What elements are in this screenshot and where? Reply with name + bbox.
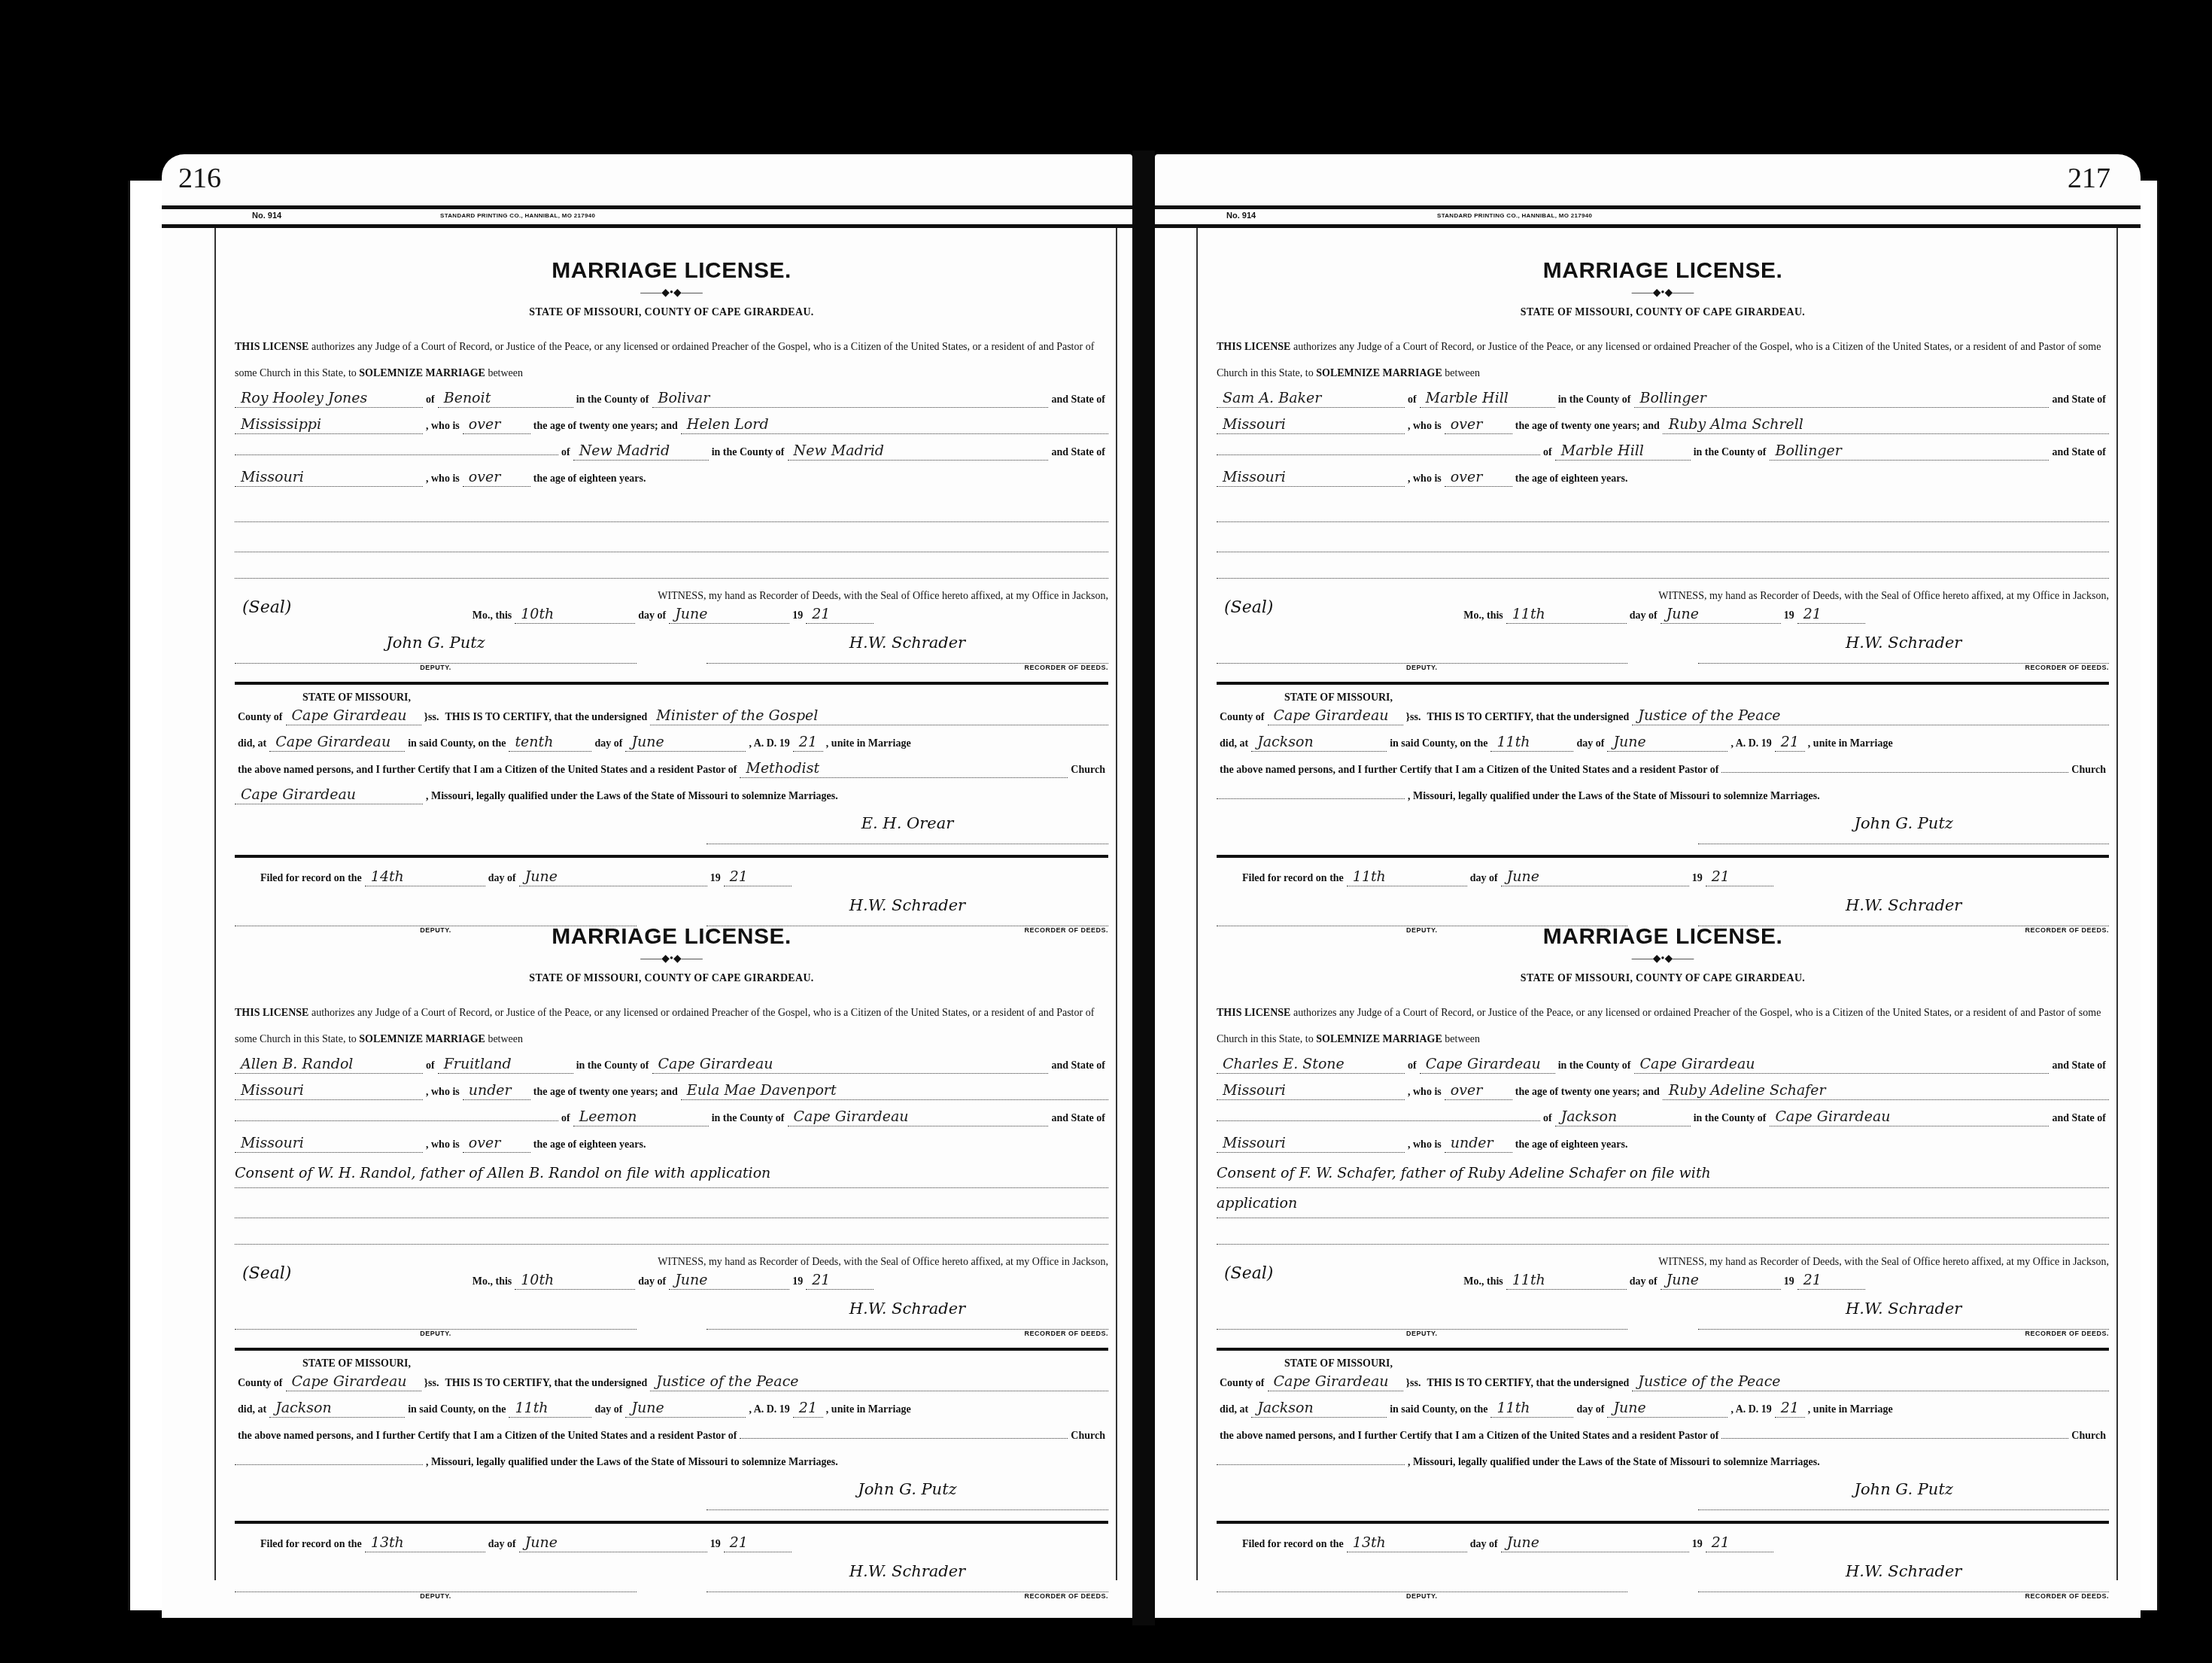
witness-date: Mo., this 11th day of June 19 21 <box>1217 603 2109 629</box>
signature-row: DEPUTY. H.W. Schrader RECORDER OF DEEDS. <box>235 1300 1108 1337</box>
form-header: No. 914 STANDARD PRINTING CO., HANNIBAL,… <box>162 205 1132 228</box>
witness-date: Mo., this 10th day of June 19 21 <box>235 1269 1108 1295</box>
groom-age: over <box>1445 1081 1512 1100</box>
blank <box>1217 455 1540 455</box>
ornament-divider: ——◆•◆—— <box>1217 287 2109 299</box>
certificate-line-2: did, at Jackson in said County, on the 1… <box>1217 1397 2109 1423</box>
consent-note: Consent of W. H. Randol, father of Allen… <box>235 1158 1108 1188</box>
recorder-signature: H.W. Schrader <box>1698 1300 2109 1330</box>
label: THIS IS TO CERTIFY, that the undersigned <box>1424 704 1632 731</box>
groom-state-line: Mississippi , who is over the age of twe… <box>235 413 1108 439</box>
church-name: Methodist <box>740 759 1068 778</box>
label: of <box>423 1053 438 1079</box>
groom-name: Charles E. Stone <box>1217 1055 1405 1074</box>
right-page: 217 No. 914 STANDARD PRINTING CO., HANNI… <box>1155 154 2141 1618</box>
certificate-line-1: County of Cape Girardeau }ss. THIS IS TO… <box>1217 704 2109 731</box>
license-title: MARRIAGE LICENSE. <box>235 924 1108 950</box>
bride-name: Eula Mae Davenport <box>681 1081 1108 1100</box>
form-number: No. 914 <box>252 211 281 220</box>
groom-name: Sam A. Baker <box>1217 389 1405 408</box>
ornament-divider: ——◆•◆—— <box>1217 953 2109 965</box>
preamble-bold: SOLEMNIZE MARRIAGE <box>1316 368 1442 379</box>
label: Church <box>1068 757 1108 783</box>
officiant-row: John G. Putz <box>235 1480 1108 1510</box>
witness-day: 11th <box>1506 1271 1627 1290</box>
recorder-label: RECORDER OF DEEDS. <box>1698 1330 2109 1337</box>
label: the age of eighteen years. <box>1512 466 1631 492</box>
preamble-end: between <box>1445 1034 1480 1045</box>
witness-year: 21 <box>1797 605 1865 624</box>
officiant-title: Justice of the Peace <box>650 1373 1108 1391</box>
groom-town: Cape Girardeau <box>1420 1055 1555 1074</box>
label: in said County, on the <box>405 1397 509 1423</box>
label: in said County, on the <box>405 731 509 757</box>
section-rule <box>1217 682 2109 685</box>
label: THIS IS TO CERTIFY, that the undersigned <box>442 704 650 731</box>
page-number: 217 <box>2068 162 2110 195</box>
label: the above named persons, and I further C… <box>1217 1423 1721 1449</box>
label: , unite in Marriage <box>823 731 914 757</box>
ornament-divider: ——◆•◆—— <box>235 953 1108 965</box>
form-number: No. 914 <box>1226 211 1256 220</box>
label: of <box>1540 439 1555 466</box>
section-rule <box>1217 855 2109 858</box>
groom-line: Allen B. Randol of Fruitland in the Coun… <box>235 1053 1108 1079</box>
bride-county: Cape Girardeau <box>788 1108 1049 1126</box>
bride-county: Cape Girardeau <box>1770 1108 2049 1126</box>
filed-day: 13th <box>1347 1534 1467 1552</box>
label: in the County of <box>573 387 652 413</box>
deputy-label: DEPUTY. <box>1217 1592 1627 1600</box>
cert-county: Cape Girardeau <box>1268 1373 1403 1391</box>
label: day of <box>1573 731 1607 757</box>
deputy-signature: John G. Putz <box>235 634 637 664</box>
deputy-label: DEPUTY. <box>235 1592 637 1600</box>
label: did, at <box>235 1397 269 1423</box>
filed-day: 14th <box>365 868 485 886</box>
label: Mo., this <box>1460 603 1506 629</box>
label: of <box>558 439 573 466</box>
filed-line: Filed for record on the 14th day of June… <box>257 865 1108 892</box>
recorder-label: RECORDER OF DEEDS. <box>706 1330 1108 1337</box>
filed-recorder-signature: H.W. Schrader <box>706 1562 1108 1592</box>
groom-state: Missouri <box>1217 415 1405 434</box>
label: in the County of <box>1555 1053 1634 1079</box>
bride-line: of Jackson in the County of Cape Girarde… <box>1217 1105 2109 1132</box>
witness-year: 21 <box>806 1271 874 1290</box>
certificate-state: STATE OF MISSOURI, <box>1217 692 2109 704</box>
label: 19 <box>789 1269 806 1295</box>
label: Church <box>2068 757 2109 783</box>
label: the above named persons, and I further C… <box>235 1423 740 1449</box>
filed-year: 21 <box>724 868 792 886</box>
label: , Missouri, legally qualified under the … <box>1405 783 1823 810</box>
recorder-signature: H.W. Schrader <box>706 634 1108 664</box>
church-city <box>235 1464 423 1465</box>
bride-line: of Leemon in the County of Cape Girardea… <box>235 1105 1108 1132</box>
seal-mark: (Seal) <box>242 1264 291 1283</box>
blank-line <box>235 1218 1108 1245</box>
consent-note-cont <box>1217 522 2109 552</box>
cert-year: 21 <box>793 1399 823 1418</box>
cert-month: June <box>625 733 746 752</box>
church-city <box>1217 798 1405 799</box>
cert-month: June <box>1607 1399 1727 1418</box>
cert-month: June <box>625 1399 746 1418</box>
label: , who is <box>1405 1079 1445 1105</box>
license-record: MARRIAGE LICENSE. ——◆•◆—— STATE OF MISSO… <box>216 917 1116 1579</box>
label: Church <box>2068 1423 2109 1449</box>
label: , who is <box>1405 413 1445 439</box>
cert-day: tenth <box>509 733 591 752</box>
bride-state: Missouri <box>1217 1134 1405 1153</box>
label: 19 <box>707 865 724 892</box>
preamble-lead: THIS LICENSE <box>235 1008 308 1019</box>
groom-line: Sam A. Baker of Marble Hill in the Count… <box>1217 387 2109 413</box>
label: the age of twenty one years; and <box>530 1079 681 1105</box>
cert-day: 11th <box>1490 1399 1573 1418</box>
label: did, at <box>1217 1397 1251 1423</box>
label: day of <box>591 731 625 757</box>
label: Mo., this <box>1460 1269 1506 1295</box>
label: 19 <box>1689 1531 1706 1558</box>
certificate-line-1: County of Cape Girardeau }ss. THIS IS TO… <box>235 704 1108 731</box>
consent-note-cont <box>235 1188 1108 1218</box>
officiant-row: E. H. Orear <box>235 814 1108 844</box>
label: the age of twenty one years; and <box>530 413 681 439</box>
label: 19 <box>1689 865 1706 892</box>
witness-clause: WITNESS, my hand as Recorder of Deeds, w… <box>235 1257 1108 1269</box>
bride-name: Ruby Adeline Schafer <box>1663 1081 2109 1100</box>
signature-row: John G. Putz DEPUTY. H.W. Schrader RECOR… <box>235 634 1108 671</box>
label: }ss. <box>421 704 442 731</box>
label: Filed for record on the <box>1239 865 1347 892</box>
section-rule <box>235 1521 1108 1524</box>
label: of <box>1405 387 1420 413</box>
label: Filed for record on the <box>257 1531 365 1558</box>
preamble-lead: THIS LICENSE <box>235 342 308 353</box>
license-preamble: THIS LICENSE authorizes any Judge of a C… <box>1217 1000 2109 1053</box>
label: day of <box>485 865 519 892</box>
groom-state: Missouri <box>1217 1081 1405 1100</box>
label: , A. D. 19 <box>746 731 792 757</box>
groom-town: Marble Hill <box>1420 389 1555 408</box>
label: in the County of <box>1691 1105 1770 1132</box>
license-title: MARRIAGE LICENSE. <box>1217 258 2109 284</box>
certificate-line-3: the above named persons, and I further C… <box>235 1423 1108 1449</box>
witness-month: June <box>1661 605 1781 624</box>
certificate-state: STATE OF MISSOURI, <box>1217 1358 2109 1370</box>
label: in the County of <box>709 439 788 466</box>
certificate-line-4: , Missouri, legally qualified under the … <box>235 1449 1108 1476</box>
label: the above named persons, and I further C… <box>235 757 740 783</box>
groom-name: Allen B. Randol <box>235 1055 423 1074</box>
label: Filed for record on the <box>257 865 365 892</box>
label: did, at <box>1217 731 1251 757</box>
seal-mark: (Seal) <box>1224 1264 1273 1283</box>
form-frame: MARRIAGE LICENSE. ——◆•◆—— STATE OF MISSO… <box>1196 228 2118 1580</box>
recorder-signature: H.W. Schrader <box>1698 634 2109 664</box>
label: in said County, on the <box>1387 731 1490 757</box>
bride-state: Missouri <box>1217 468 1405 487</box>
groom-town: Fruitland <box>438 1055 573 1074</box>
church-city <box>1217 1464 1405 1465</box>
deputy-signature <box>1217 1300 1627 1330</box>
filed-year: 21 <box>1706 1534 1773 1552</box>
cert-day: 11th <box>509 1399 591 1418</box>
label: }ss. <box>1403 1370 1424 1397</box>
label: in the County of <box>1555 387 1634 413</box>
witness-year: 21 <box>1797 1271 1865 1290</box>
groom-state: Mississippi <box>235 415 423 434</box>
bride-line: of Marble Hill in the County of Bollinge… <box>1217 439 2109 466</box>
recorder-label: RECORDER OF DEEDS. <box>1698 664 2109 671</box>
deputy-label: DEPUTY. <box>235 664 637 671</box>
consent-note: Consent of F. W. Schafer, father of Ruby… <box>1217 1158 2109 1188</box>
filed-deputy-signature <box>235 1562 637 1592</box>
church-name <box>1721 1438 2068 1439</box>
witness-day: 11th <box>1506 605 1627 624</box>
certificate-line-3: the above named persons, and I further C… <box>1217 1423 2109 1449</box>
label: the age of eighteen years. <box>1512 1132 1631 1158</box>
witness-month: June <box>669 1271 789 1290</box>
groom-state-line: Missouri , who is over the age of twenty… <box>1217 413 2109 439</box>
section-rule <box>235 682 1108 685</box>
label: 19 <box>789 603 806 629</box>
bride-town: Leemon <box>573 1108 709 1126</box>
groom-age: over <box>463 415 530 434</box>
bride-age: under <box>1445 1134 1512 1153</box>
cert-place: Jackson <box>1251 1399 1387 1418</box>
label: in the County of <box>573 1053 652 1079</box>
label: and State of <box>2049 439 2109 466</box>
label: 19 <box>1781 1269 1797 1295</box>
label: day of <box>591 1397 625 1423</box>
bride-town: Marble Hill <box>1555 442 1691 461</box>
groom-name: Roy Hooley Jones <box>235 389 423 408</box>
label: , who is <box>423 413 463 439</box>
bride-name: Ruby Alma Schrell <box>1663 415 2109 434</box>
license-preamble: THIS LICENSE authorizes any Judge of a C… <box>235 334 1108 387</box>
label: , unite in Marriage <box>1805 731 1896 757</box>
filed-day: 13th <box>365 1534 485 1552</box>
blank <box>1217 1120 1540 1121</box>
filed-signature-row: DEPUTY. H.W. Schrader RECORDER OF DEEDS. <box>235 1562 1108 1600</box>
label: , Missouri, legally qualified under the … <box>423 783 841 810</box>
section-rule <box>235 855 1108 858</box>
witness-month: June <box>1661 1271 1781 1290</box>
label: and State of <box>1048 1105 1108 1132</box>
blank <box>235 455 558 455</box>
label: , who is <box>423 1132 463 1158</box>
seal-mark: (Seal) <box>242 598 291 617</box>
bride-age: over <box>1445 468 1512 487</box>
license-preamble: THIS LICENSE authorizes any Judge of a C… <box>1217 334 2109 387</box>
groom-county: Bollinger <box>1634 389 2049 408</box>
consent-note <box>1217 492 2109 522</box>
cert-county: Cape Girardeau <box>1268 707 1403 725</box>
cert-county: Cape Girardeau <box>286 1373 421 1391</box>
label: and State of <box>1048 1053 1108 1079</box>
groom-state-line: Missouri , who is over the age of twenty… <box>1217 1079 2109 1105</box>
page-number: 216 <box>178 162 221 195</box>
officiant-row: John G. Putz <box>1217 1480 2109 1510</box>
label: and State of <box>1048 387 1108 413</box>
certificate-line-4: , Missouri, legally qualified under the … <box>1217 783 2109 810</box>
filed-day: 11th <box>1347 868 1467 886</box>
label: and State of <box>1048 439 1108 466</box>
witness-clause: WITNESS, my hand as Recorder of Deeds, w… <box>1217 1257 2109 1269</box>
label: the age of twenty one years; and <box>1512 1079 1663 1105</box>
ornament-divider: ——◆•◆—— <box>235 287 1108 299</box>
book-gutter <box>1132 150 1155 1625</box>
bride-state-line: Missouri , who is over the age of eighte… <box>235 466 1108 492</box>
certificate-state: STATE OF MISSOURI, <box>235 1358 1108 1370</box>
preamble-lead: THIS LICENSE <box>1217 342 1290 353</box>
deputy-label: DEPUTY. <box>1217 664 1627 671</box>
blank <box>235 1120 558 1121</box>
filed-deputy-signature <box>1217 1562 1627 1592</box>
cert-place: Cape Girardeau <box>269 733 405 752</box>
blank-line <box>235 552 1108 579</box>
label: the above named persons, and I further C… <box>1217 757 1721 783</box>
label: County of <box>1217 704 1268 731</box>
groom-line: Charles E. Stone of Cape Girardeau in th… <box>1217 1053 2109 1079</box>
witness-date: Mo., this 10th day of June 19 21 <box>235 603 1108 629</box>
filed-line: Filed for record on the 13th day of June… <box>257 1531 1108 1558</box>
recorder-label: RECORDER OF DEEDS. <box>706 1592 1108 1600</box>
printer-imprint: STANDARD PRINTING CO., HANNIBAL, MO 2179… <box>1437 212 1592 219</box>
label: and State of <box>2049 1053 2109 1079</box>
cert-year: 21 <box>1775 1399 1805 1418</box>
label: , Missouri, legally qualified under the … <box>423 1449 841 1476</box>
witness-day: 10th <box>515 1271 635 1290</box>
bride-state: Missouri <box>235 1134 423 1153</box>
label: THIS IS TO CERTIFY, that the undersigned <box>442 1370 650 1397</box>
preamble-end: between <box>1445 368 1480 379</box>
officiant-signature: John G. Putz <box>1698 814 2109 844</box>
groom-county: Cape Girardeau <box>652 1055 1049 1074</box>
label: of <box>558 1105 573 1132</box>
cert-place: Jackson <box>269 1399 405 1418</box>
form-header: No. 914 STANDARD PRINTING CO., HANNIBAL,… <box>1155 205 2141 228</box>
cert-place: Jackson <box>1251 733 1387 752</box>
officiant-title: Justice of the Peace <box>1632 1373 2109 1391</box>
license-record: MARRIAGE LICENSE. ——◆•◆—— STATE OF MISSO… <box>216 251 1116 913</box>
label: , Missouri, legally qualified under the … <box>1405 1449 1823 1476</box>
groom-age: under <box>463 1081 530 1100</box>
consent-note-cont <box>235 522 1108 552</box>
label: and State of <box>2049 1105 2109 1132</box>
label: 19 <box>707 1531 724 1558</box>
filed-recorder-signature: H.W. Schrader <box>1698 1562 2109 1592</box>
church-name <box>740 1438 1068 1439</box>
deputy-label: DEPUTY. <box>1217 1330 1627 1337</box>
officiant-title: Justice of the Peace <box>1632 707 2109 725</box>
certificate-line-3: the above named persons, and I further C… <box>1217 757 2109 783</box>
certificate-line-4: Cape Girardeau , Missouri, legally quali… <box>235 783 1108 810</box>
label: Church <box>1068 1423 1108 1449</box>
cert-day: 11th <box>1490 733 1573 752</box>
label: , unite in Marriage <box>1805 1397 1896 1423</box>
bride-town: Jackson <box>1555 1108 1691 1126</box>
witness-day: 10th <box>515 605 635 624</box>
label: County of <box>1217 1370 1268 1397</box>
recorder-label: RECORDER OF DEEDS. <box>706 664 1108 671</box>
label: , A. D. 19 <box>1727 731 1774 757</box>
filed-month: June <box>519 1534 707 1552</box>
bride-state-line: Missouri , who is under the age of eight… <box>1217 1132 2109 1158</box>
officiant-title: Minister of the Gospel <box>650 707 1108 725</box>
groom-state: Missouri <box>235 1081 423 1100</box>
bride-age: over <box>463 468 530 487</box>
preamble-bold: SOLEMNIZE MARRIAGE <box>359 1034 485 1045</box>
label: the age of eighteen years. <box>530 1132 649 1158</box>
label: the age of eighteen years. <box>530 466 649 492</box>
groom-state-line: Missouri , who is under the age of twent… <box>235 1079 1108 1105</box>
label: day of <box>1467 865 1501 892</box>
deputy-label: DEPUTY. <box>235 1330 637 1337</box>
bride-state: Missouri <box>235 468 423 487</box>
label: in the County of <box>1691 439 1770 466</box>
groom-town: Benoit <box>438 389 573 408</box>
witness-year: 21 <box>806 605 874 624</box>
bride-state-line: Missouri , who is over the age of eighte… <box>235 1132 1108 1158</box>
label: 19 <box>1781 603 1797 629</box>
license-jurisdiction: STATE OF MISSOURI, COUNTY OF CAPE GIRARD… <box>1217 307 2109 319</box>
certificate-line-2: did, at Jackson in said County, on the 1… <box>235 1397 1108 1423</box>
label: day of <box>485 1531 519 1558</box>
consent-note <box>235 492 1108 522</box>
groom-county: Cape Girardeau <box>1634 1055 2049 1074</box>
bride-line: of New Madrid in the County of New Madri… <box>235 439 1108 466</box>
church-name <box>1721 772 2068 773</box>
cert-county: Cape Girardeau <box>286 707 421 725</box>
label: in the County of <box>709 1105 788 1132</box>
certificate-line-2: did, at Jackson in said County, on the 1… <box>1217 731 2109 757</box>
label: did, at <box>235 731 269 757</box>
groom-line: Roy Hooley Jones of Benoit in the County… <box>235 387 1108 413</box>
section-rule <box>1217 1348 2109 1351</box>
signature-row: DEPUTY. H.W. Schrader RECORDER OF DEEDS. <box>1217 634 2109 671</box>
bride-county: New Madrid <box>788 442 1049 461</box>
preamble-lead: THIS LICENSE <box>1217 1008 1290 1019</box>
preamble-bold: SOLEMNIZE MARRIAGE <box>1316 1034 1442 1045</box>
label: , who is <box>423 466 463 492</box>
license-title: MARRIAGE LICENSE. <box>1217 924 2109 950</box>
signature-row: DEPUTY. H.W. Schrader RECORDER OF DEEDS. <box>1217 1300 2109 1337</box>
officiant-signature: John G. Putz <box>706 1480 1108 1510</box>
preamble-bold: SOLEMNIZE MARRIAGE <box>359 368 485 379</box>
label: day of <box>1573 1397 1607 1423</box>
bride-county: Bollinger <box>1770 442 2049 461</box>
label: Mo., this <box>469 603 515 629</box>
certificate-line-1: County of Cape Girardeau }ss. THIS IS TO… <box>1217 1370 2109 1397</box>
label: day of <box>1627 1269 1661 1295</box>
label: the age of twenty one years; and <box>1512 413 1663 439</box>
blank-line <box>1217 552 2109 579</box>
filed-signature-row: DEPUTY. H.W. Schrader RECORDER OF DEEDS. <box>1217 1562 2109 1600</box>
printer-imprint: STANDARD PRINTING CO., HANNIBAL, MO 2179… <box>440 212 595 219</box>
recorder-signature: H.W. Schrader <box>706 1300 1108 1330</box>
officiant-signature: John G. Putz <box>1698 1480 2109 1510</box>
bride-age: over <box>463 1134 530 1153</box>
witness-clause: WITNESS, my hand as Recorder of Deeds, w… <box>1217 591 2109 603</box>
filed-line: Filed for record on the 13th day of June… <box>1239 1531 2109 1558</box>
label: , who is <box>1405 1132 1445 1158</box>
bride-town: New Madrid <box>573 442 709 461</box>
certificate-line-1: County of Cape Girardeau }ss. THIS IS TO… <box>235 1370 1108 1397</box>
